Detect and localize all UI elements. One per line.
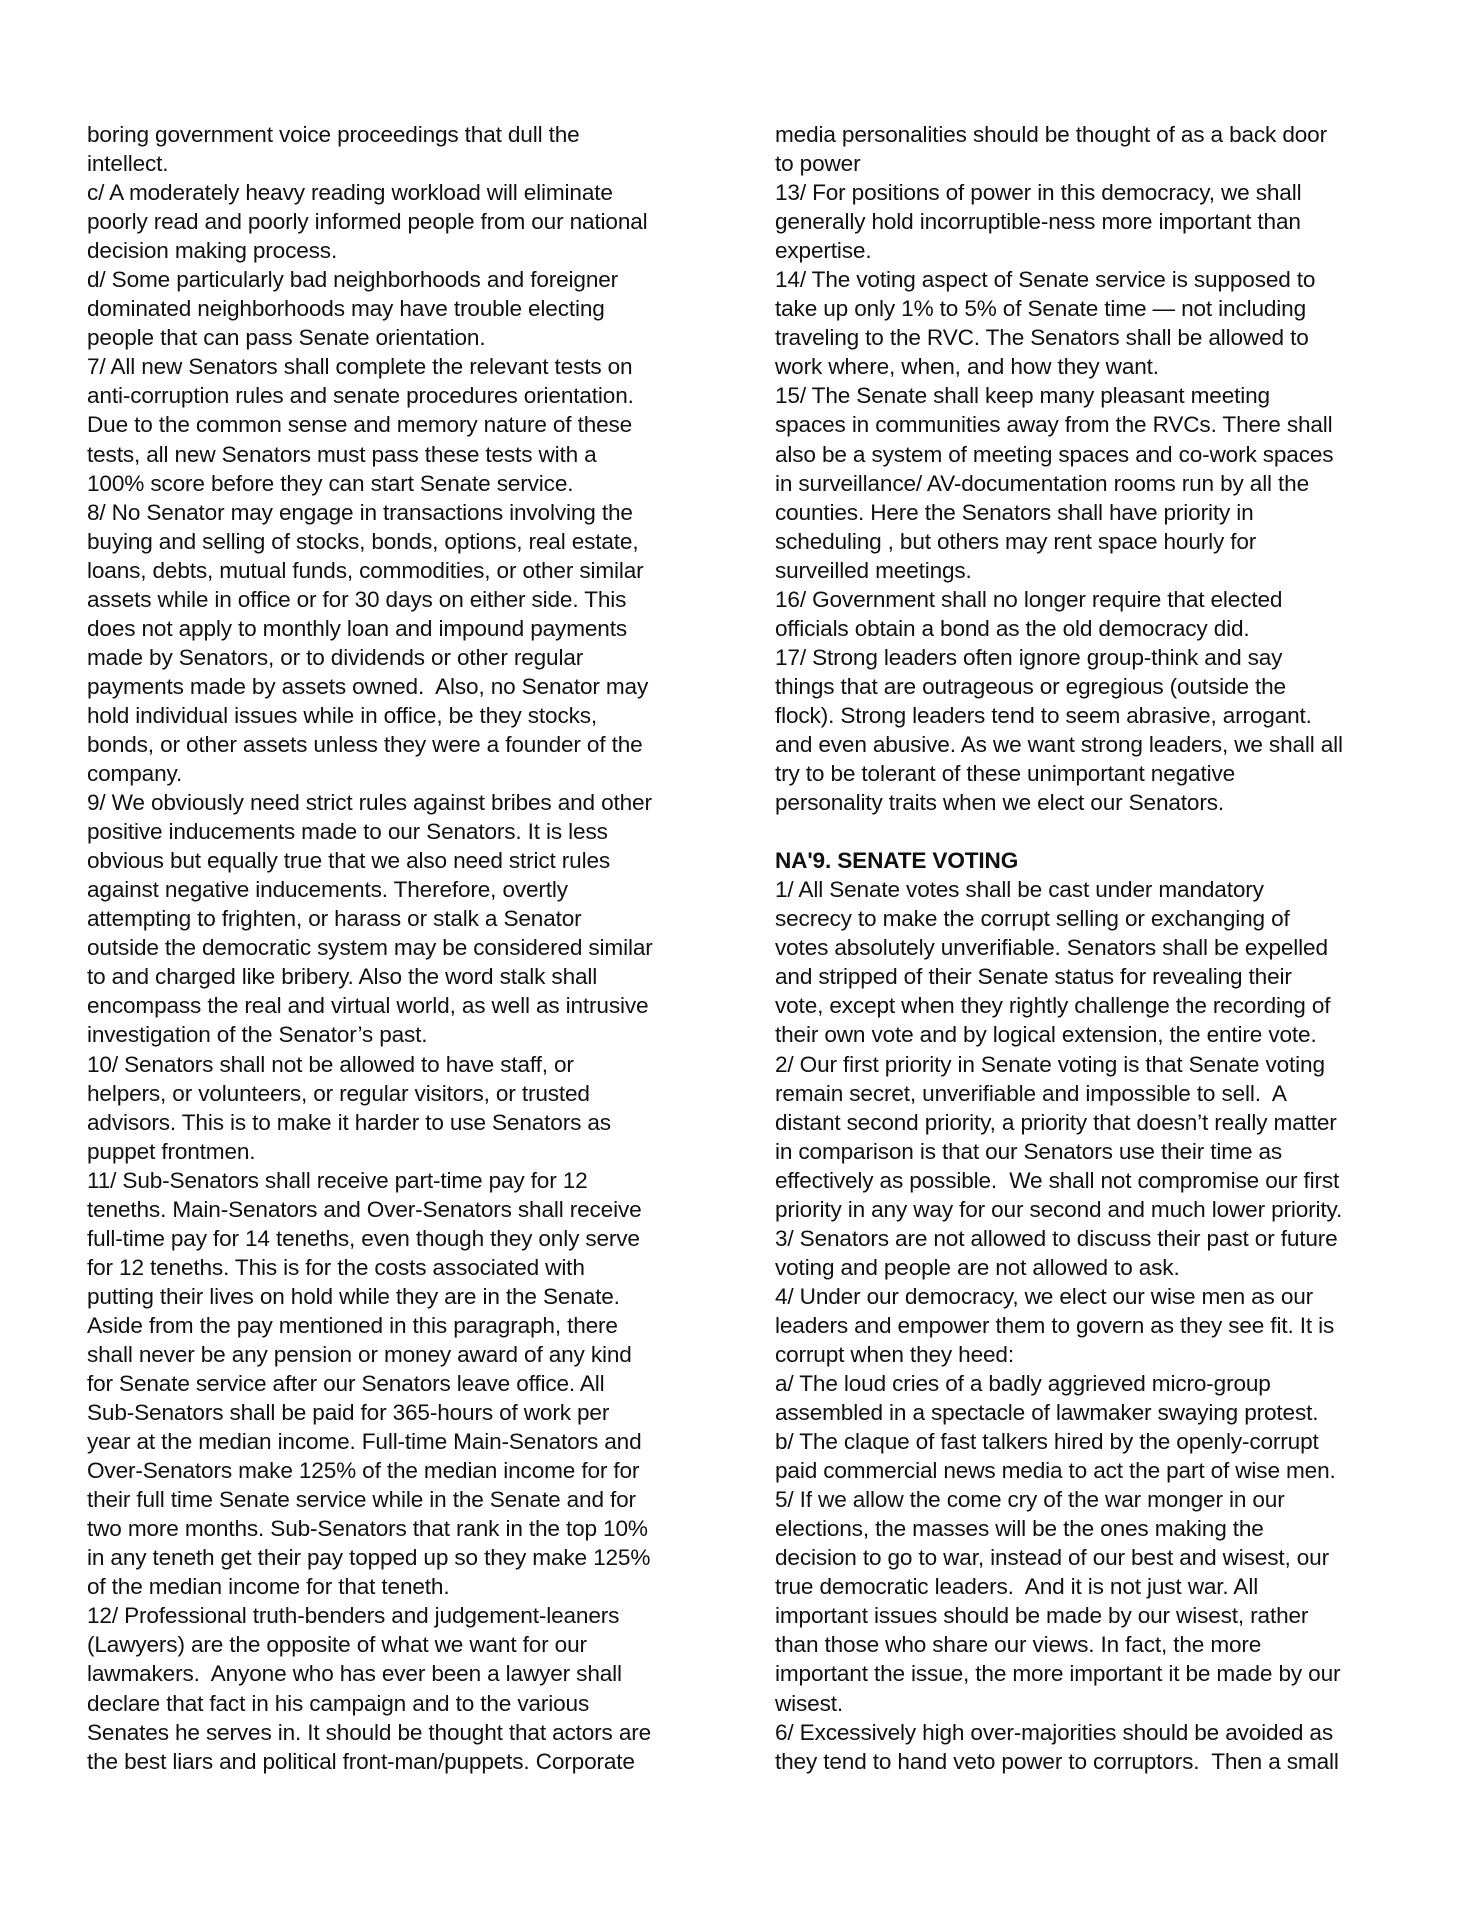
text-line: important issues should be made by our w… <box>775 1601 1415 1630</box>
text-line: Senates he serves in. It should be thoug… <box>87 1718 717 1747</box>
text-line: paid commercial news media to act the pa… <box>775 1456 1415 1485</box>
text-line: anti-corruption rules and senate procedu… <box>87 381 717 410</box>
text-line: scheduling , but others may rent space h… <box>775 527 1415 556</box>
text-line: 100% score before they can start Senate … <box>87 469 717 498</box>
left-column: boring government voice proceedings that… <box>87 120 717 1776</box>
text-line: against negative inducements. Therefore,… <box>87 875 717 904</box>
text-line: full-time pay for 14 teneths, even thoug… <box>87 1224 717 1253</box>
text-line: try to be tolerant of these unimportant … <box>775 759 1415 788</box>
text-line: to and charged like bribery. Also the wo… <box>87 962 717 991</box>
text-line: also be a system of meeting spaces and c… <box>775 440 1415 469</box>
text-line: people that can pass Senate orientation. <box>87 323 717 352</box>
text-line: of the median income for that teneth. <box>87 1572 717 1601</box>
text-line: a/ The loud cries of a badly aggrieved m… <box>775 1369 1415 1398</box>
text-line: in comparison is that our Senators use t… <box>775 1137 1415 1166</box>
text-line: shall never be any pension or money awar… <box>87 1340 717 1369</box>
text-line: investigation of the Senator’s past. <box>87 1020 717 1049</box>
text-line: Sub-Senators shall be paid for 365-hours… <box>87 1398 717 1427</box>
text-line: the best liars and political front-man/p… <box>87 1747 717 1776</box>
text-line: priority in any way for our second and m… <box>775 1195 1415 1224</box>
text-line: Due to the common sense and memory natur… <box>87 410 717 439</box>
text-line: 1/ All Senate votes shall be cast under … <box>775 875 1415 904</box>
text-line: 17/ Strong leaders often ignore group-th… <box>775 643 1415 672</box>
text-line: d/ Some particularly bad neighborhoods a… <box>87 265 717 294</box>
text-line: 5/ If we allow the come cry of the war m… <box>775 1485 1415 1514</box>
text-line: work where, when, and how they want. <box>775 352 1415 381</box>
text-line: take up only 1% to 5% of Senate time — n… <box>775 294 1415 323</box>
text-line: company. <box>87 759 717 788</box>
text-line: their full time Senate service while in … <box>87 1485 717 1514</box>
text-line: important the issue, the more important … <box>775 1659 1415 1688</box>
text-line: 10/ Senators shall not be allowed to hav… <box>87 1050 717 1079</box>
text-line: in any teneth get their pay topped up so… <box>87 1543 717 1572</box>
text-line: two more months. Sub-Senators that rank … <box>87 1514 717 1543</box>
text-line: 16/ Government shall no longer require t… <box>775 585 1415 614</box>
text-line: poorly read and poorly informed people f… <box>87 207 717 236</box>
text-line: they tend to hand veto power to corrupto… <box>775 1747 1415 1776</box>
text-line: for 12 teneths. This is for the costs as… <box>87 1253 717 1282</box>
text-line: secrecy to make the corrupt selling or e… <box>775 904 1415 933</box>
text-line: voting and people are not allowed to ask… <box>775 1253 1415 1282</box>
text-line: helpers, or volunteers, or regular visit… <box>87 1079 717 1108</box>
text-line: their own vote and by logical extension,… <box>775 1020 1415 1049</box>
text-line: officials obtain a bond as the old democ… <box>775 614 1415 643</box>
text-line: wisest. <box>775 1689 1415 1718</box>
text-line: does not apply to monthly loan and impou… <box>87 614 717 643</box>
section-heading: NA'9. SENATE VOTING <box>775 846 1415 875</box>
right-column-text-after-heading: 1/ All Senate votes shall be cast under … <box>775 875 1415 1775</box>
text-line: advisors. This is to make it harder to u… <box>87 1108 717 1137</box>
text-line: 4/ Under our democracy, we elect our wis… <box>775 1282 1415 1311</box>
text-line: 3/ Senators are not allowed to discuss t… <box>775 1224 1415 1253</box>
text-line: effectively as possible. We shall not co… <box>775 1166 1415 1195</box>
text-line: and even abusive. As we want strong lead… <box>775 730 1415 759</box>
text-line: assembled in a spectacle of lawmaker swa… <box>775 1398 1415 1427</box>
text-line: 11/ Sub-Senators shall receive part-time… <box>87 1166 717 1195</box>
text-line: in surveillance/ AV-documentation rooms … <box>775 469 1415 498</box>
text-line: obvious but equally true that we also ne… <box>87 846 717 875</box>
text-line: 12/ Professional truth-benders and judge… <box>87 1601 717 1630</box>
text-line: expertise. <box>775 236 1415 265</box>
text-line: media personalities should be thought of… <box>775 120 1415 149</box>
text-line: vote, except when they rightly challenge… <box>775 991 1415 1020</box>
text-line: traveling to the RVC. The Senators shall… <box>775 323 1415 352</box>
section-spacer <box>775 817 1415 846</box>
text-line: decision making process. <box>87 236 717 265</box>
text-line: Over-Senators make 125% of the median in… <box>87 1456 717 1485</box>
text-line: 2/ Our first priority in Senate voting i… <box>775 1050 1415 1079</box>
text-line: puppet frontmen. <box>87 1137 717 1166</box>
text-line: counties. Here the Senators shall have p… <box>775 498 1415 527</box>
text-line: lawmakers. Anyone who has ever been a la… <box>87 1659 717 1688</box>
text-line: boring government voice proceedings that… <box>87 120 717 149</box>
text-line: 15/ The Senate shall keep many pleasant … <box>775 381 1415 410</box>
text-line: tests, all new Senators must pass these … <box>87 440 717 469</box>
text-line: c/ A moderately heavy reading workload w… <box>87 178 717 207</box>
text-line: corrupt when they heed: <box>775 1340 1415 1369</box>
text-line: assets while in office or for 30 days on… <box>87 585 717 614</box>
text-line: for Senate service after our Senators le… <box>87 1369 717 1398</box>
text-line: positive inducements made to our Senator… <box>87 817 717 846</box>
right-column: media personalities should be thought of… <box>775 120 1415 1776</box>
text-line: intellect. <box>87 149 717 178</box>
text-line: 6/ Excessively high over-majorities shou… <box>775 1718 1415 1747</box>
text-line: loans, debts, mutual funds, commodities,… <box>87 556 717 585</box>
text-line: distant second priority, a priority that… <box>775 1108 1415 1137</box>
text-line: things that are outrageous or egregious … <box>775 672 1415 701</box>
text-line: elections, the masses will be the ones m… <box>775 1514 1415 1543</box>
text-line: buying and selling of stocks, bonds, opt… <box>87 527 717 556</box>
text-line: made by Senators, or to dividends or oth… <box>87 643 717 672</box>
text-line: attempting to frighten, or harass or sta… <box>87 904 717 933</box>
text-line: Aside from the pay mentioned in this par… <box>87 1311 717 1340</box>
text-line: votes absolutely unverifiable. Senators … <box>775 933 1415 962</box>
text-line: leaders and empower them to govern as th… <box>775 1311 1415 1340</box>
text-line: b/ The claque of fast talkers hired by t… <box>775 1427 1415 1456</box>
text-line: outside the democratic system may be con… <box>87 933 717 962</box>
right-column-text-before-heading: media personalities should be thought of… <box>775 120 1415 817</box>
text-line: encompass the real and virtual world, as… <box>87 991 717 1020</box>
text-line: payments made by assets owned. Also, no … <box>87 672 717 701</box>
text-line: teneths. Main-Senators and Over-Senators… <box>87 1195 717 1224</box>
text-line: to power <box>775 149 1415 178</box>
text-line: (Lawyers) are the opposite of what we wa… <box>87 1630 717 1659</box>
text-line: 8/ No Senator may engage in transactions… <box>87 498 717 527</box>
text-line: 13/ For positions of power in this democ… <box>775 178 1415 207</box>
text-line: 14/ The voting aspect of Senate service … <box>775 265 1415 294</box>
text-line: spaces in communities away from the RVCs… <box>775 410 1415 439</box>
text-line: year at the median income. Full-time Mai… <box>87 1427 717 1456</box>
text-line: and stripped of their Senate status for … <box>775 962 1415 991</box>
text-line: true democratic leaders. And it is not j… <box>775 1572 1415 1601</box>
text-line: than those who share our views. In fact,… <box>775 1630 1415 1659</box>
text-line: decision to go to war, instead of our be… <box>775 1543 1415 1572</box>
text-line: remain secret, unverifiable and impossib… <box>775 1079 1415 1108</box>
text-line: hold individual issues while in office, … <box>87 701 717 730</box>
text-line: bonds, or other assets unless they were … <box>87 730 717 759</box>
text-line: flock). Strong leaders tend to seem abra… <box>775 701 1415 730</box>
text-line: 9/ We obviously need strict rules agains… <box>87 788 717 817</box>
text-line: personality traits when we elect our Sen… <box>775 788 1415 817</box>
text-line: surveilled meetings. <box>775 556 1415 585</box>
text-line: dominated neighborhoods may have trouble… <box>87 294 717 323</box>
text-line: 7/ All new Senators shall complete the r… <box>87 352 717 381</box>
text-line: putting their lives on hold while they a… <box>87 1282 717 1311</box>
text-line: generally hold incorruptible-ness more i… <box>775 207 1415 236</box>
text-line: declare that fact in his campaign and to… <box>87 1689 717 1718</box>
